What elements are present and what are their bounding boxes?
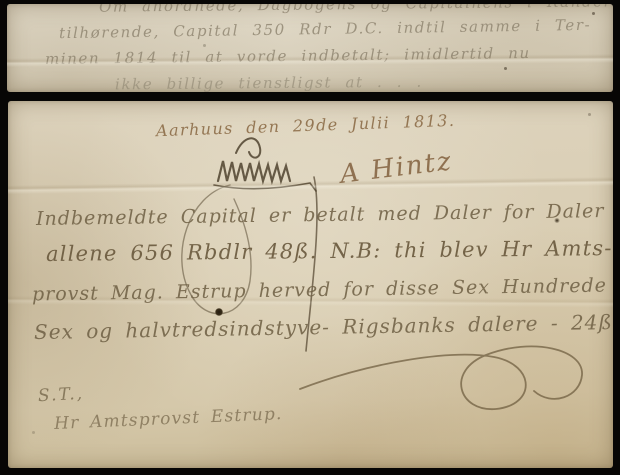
handwritten-line: allene 656 Rbdlr 48ß. N.B: thi blev Hr A… xyxy=(46,236,613,266)
photo-background: Om anordnede, Dagbogens og Capitainens i… xyxy=(0,0,620,475)
paper-speck xyxy=(203,44,206,47)
handwritten-line: ikke billige tienstligst at . . . xyxy=(115,73,423,92)
paper-fragment-top: Om anordnede, Dagbogens og Capitainens i… xyxy=(7,4,613,92)
handwritten-line: Sex og halvtredsindstyve- Rigsbanks dale… xyxy=(34,310,613,344)
pen-flourish xyxy=(298,329,608,419)
handwritten-line: tilhørende, Capital 350 Rdr D.C. indtil … xyxy=(59,16,591,42)
dateline: Aarhuus den 29de Julii 1813. xyxy=(156,111,456,140)
paper-crease xyxy=(8,177,613,194)
handwritten-line: Indbemeldte Capital er betalt med Daler … xyxy=(36,200,605,230)
addressee-line: Hr Amtsprovst Estrup. xyxy=(54,404,283,434)
paper-speck xyxy=(592,12,595,15)
handwritten-line: Om anordnede, Dagbogens og Capitainens i… xyxy=(99,4,613,16)
ink-blot xyxy=(215,308,223,316)
paper-speck xyxy=(504,67,507,70)
paper-speck xyxy=(32,431,35,434)
paper-speck xyxy=(588,113,591,116)
paper-letter: Aarhuus den 29de Julii 1813. A Hintz Ind… xyxy=(8,101,613,468)
closing-st: S.T., xyxy=(38,384,85,406)
